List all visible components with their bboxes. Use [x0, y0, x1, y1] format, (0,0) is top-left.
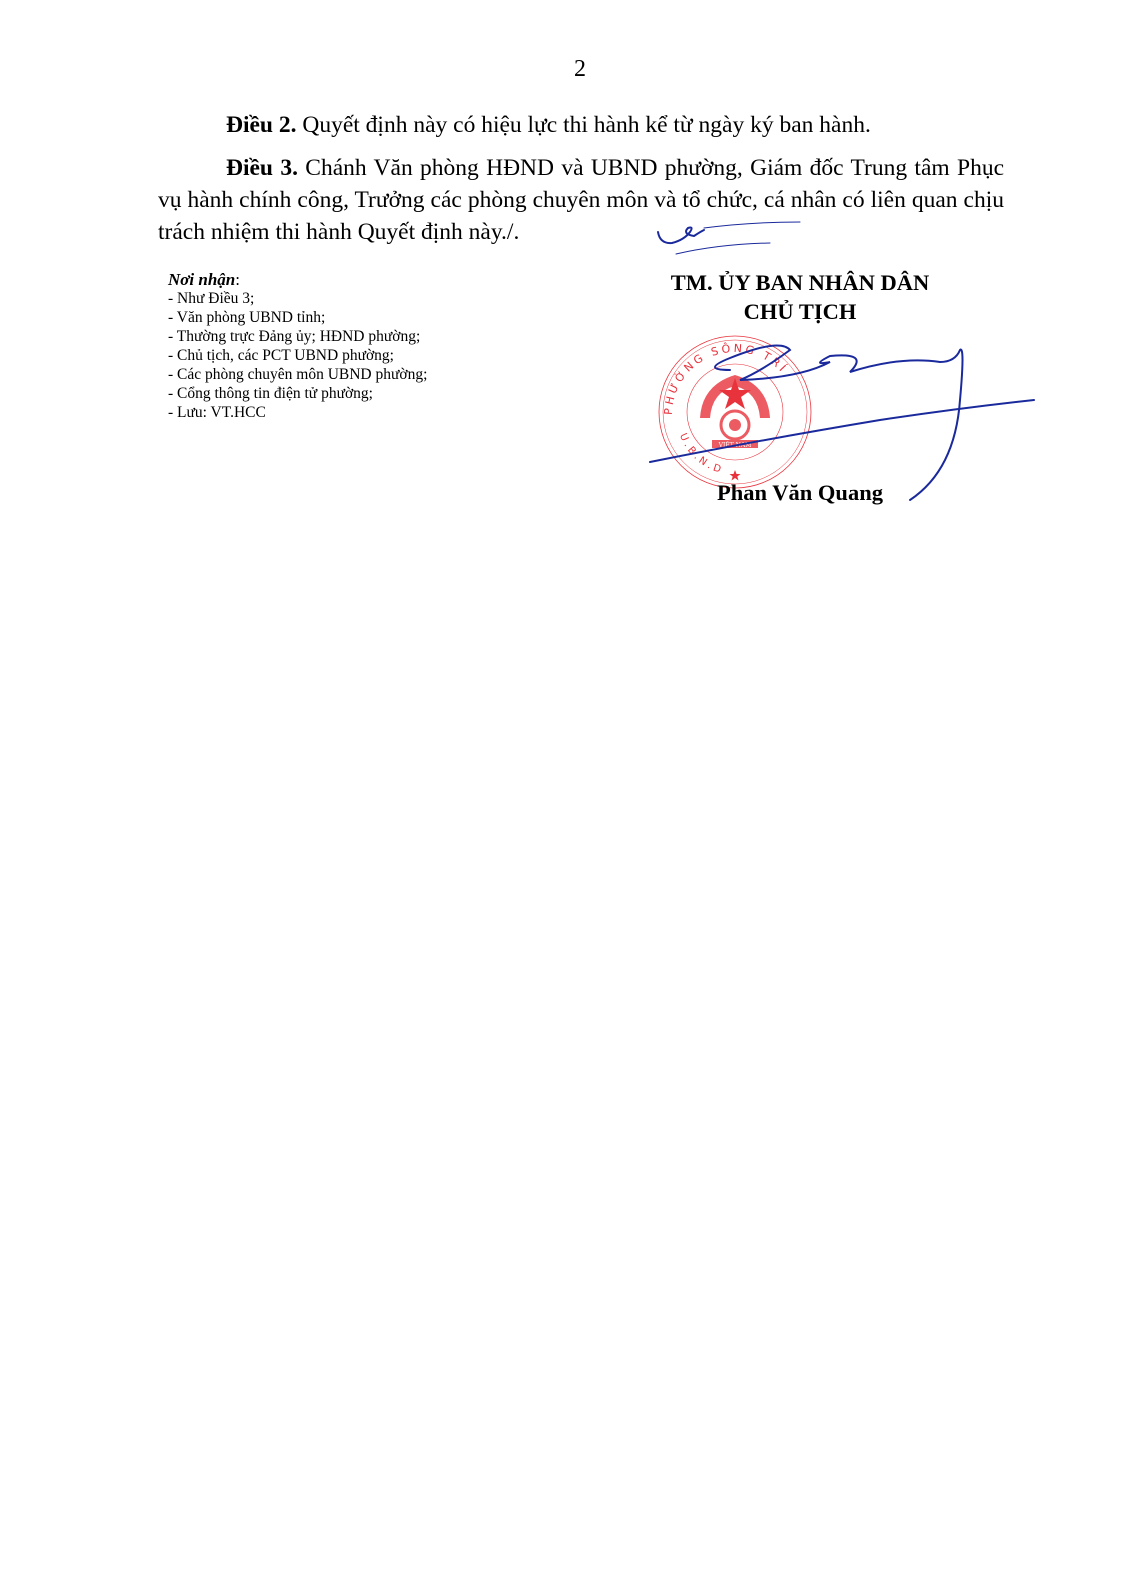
recipient-item: - Văn phòng UBND tỉnh;	[168, 308, 427, 327]
signer-name: Phan Văn Quang	[640, 480, 960, 506]
recipient-item: - Cổng thông tin điện tử phường;	[168, 384, 427, 403]
article-2-label: Điều 2.	[226, 112, 297, 138]
recipient-item: - Lưu: VT.HCC	[168, 403, 427, 422]
recipient-item: - Các phòng chuyên môn UBND phường;	[168, 365, 427, 384]
recipient-item: - Chủ tịch, các PCT UBND phường;	[168, 346, 427, 365]
article-3-label: Điều 3.	[226, 155, 298, 181]
on-behalf-label: TM. ỦY BAN NHÂN DÂN	[640, 268, 960, 297]
svg-text:VIỆT NAM: VIỆT NAM	[718, 441, 752, 449]
article-2-text: Quyết định này có hiệu lực thi hành kể t…	[297, 112, 871, 138]
page-number: 2	[0, 56, 1126, 83]
recipient-item: - Thường trực Đảng ủy; HĐND phường;	[168, 327, 427, 346]
recipients-title: Nơi nhận:	[168, 270, 427, 289]
article-2: Điều 2. Quyết định này có hiệu lực thi h…	[158, 109, 1004, 141]
svg-text:U.B.N.D: U.B.N.D	[677, 432, 725, 477]
recipient-item: - Như Điều 3;	[168, 289, 427, 308]
signature-block: TM. ỦY BAN NHÂN DÂN CHỦ TỊCH	[640, 268, 960, 326]
article-3: Điều 3. Chánh Văn phòng HĐND và UBND phư…	[158, 152, 1004, 248]
official-seal-icon: PHƯỜNG SÔNG TRÍ U.B.N.D VIỆT NAM	[650, 330, 820, 490]
recipients-block: Nơi nhận: - Như Điều 3; - Văn phòng UBND…	[168, 270, 427, 422]
position-label: CHỦ TỊCH	[640, 297, 960, 326]
